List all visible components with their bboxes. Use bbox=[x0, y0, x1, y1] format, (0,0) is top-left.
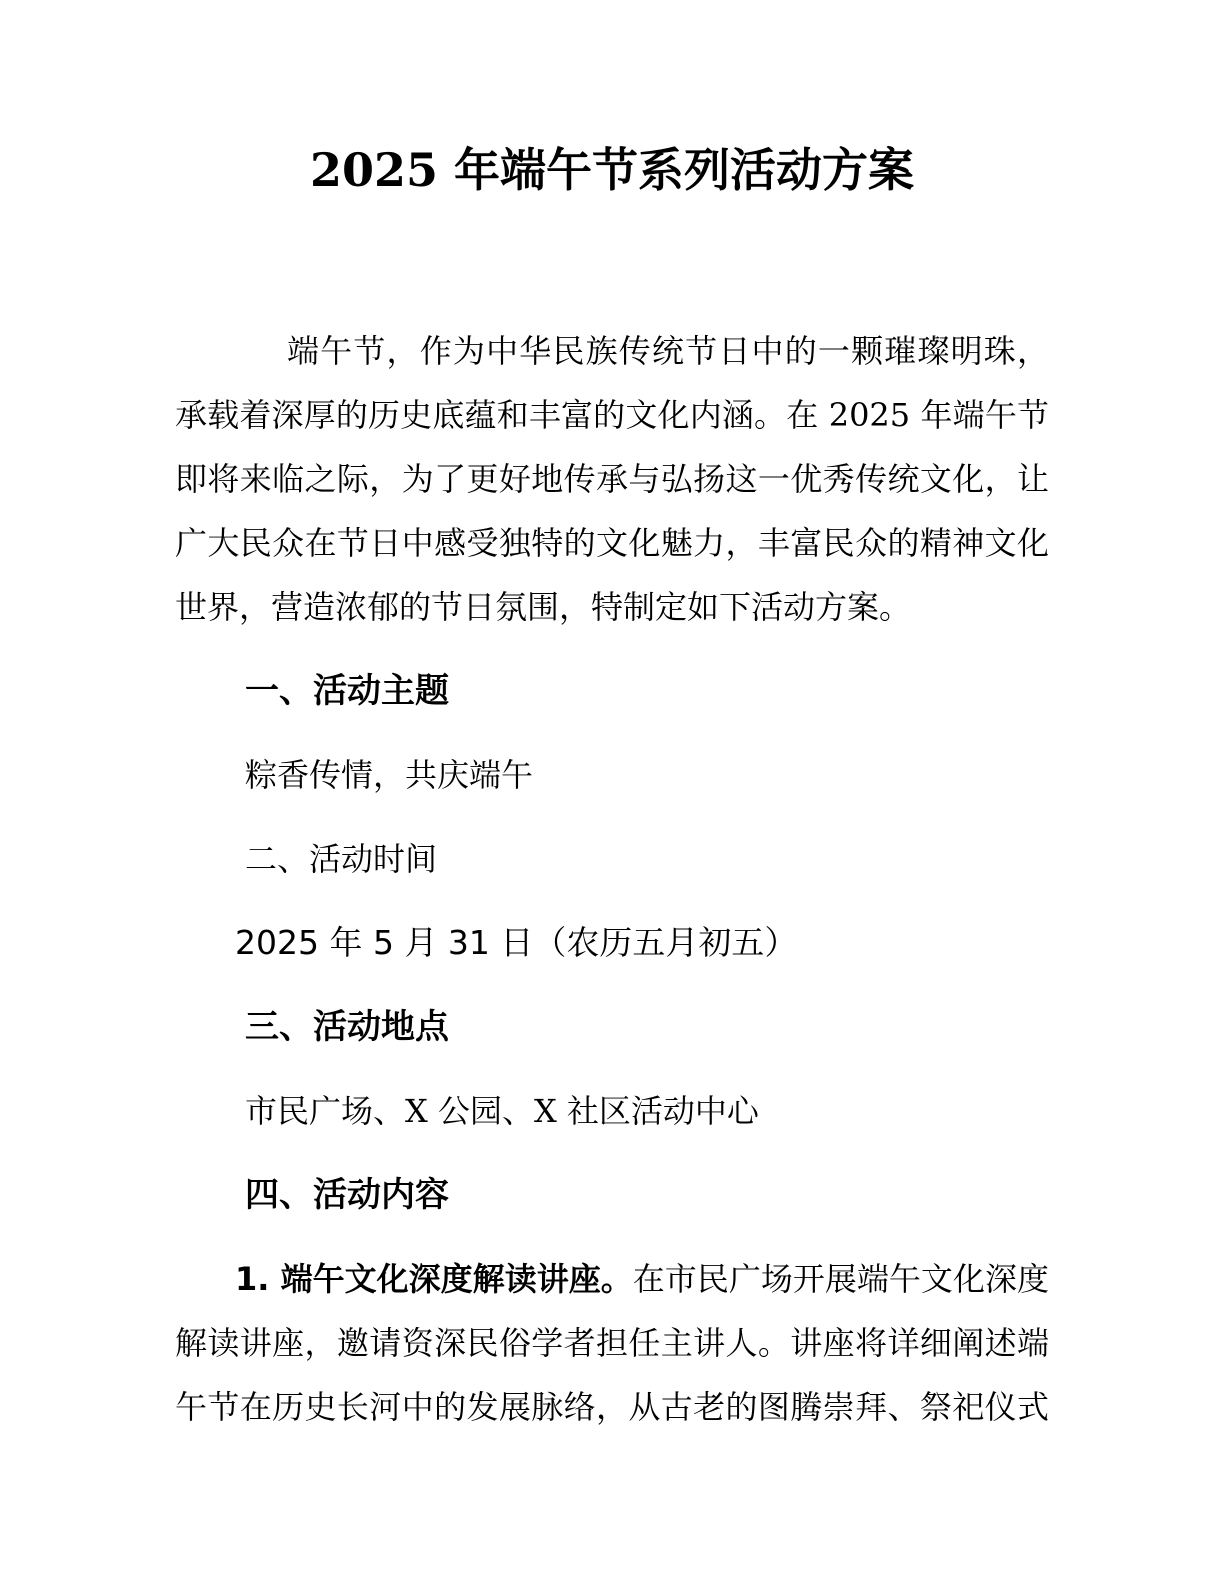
activity-item-line-1-rest: 在市民广场开展端午文化深度 bbox=[633, 1260, 1049, 1298]
activity-item-line-3: 午节在历史长河中的发展脉络，从古老的图腾崇拜、祭祀仪式 bbox=[175, 1375, 1049, 1439]
intro-line-1: 端午节，作为中华民族传统节日中的一颗璀璨明珠， bbox=[175, 319, 1049, 383]
activity-item-line-1: 1. 端午文化深度解读讲座。在市民广场开展端午文化深度 bbox=[175, 1247, 1049, 1311]
intro-line-3: 即将来临之际，为了更好地传承与弘扬这一优秀传统文化，让 bbox=[175, 447, 1049, 511]
section-heading-time: 二、活动时间 bbox=[175, 827, 1049, 891]
section-heading-location: 三、活动地点 bbox=[175, 995, 1049, 1059]
intro-line-5: 世界，营造浓郁的节日氛围，特制定如下活动方案。 bbox=[175, 575, 1049, 639]
intro-line-4: 广大民众在节日中感受独特的文化魅力，丰富民众的精神文化 bbox=[175, 511, 1049, 575]
document-page: 2025 年端午节系列活动方案 端午节，作为中华民族传统节日中的一颗璀璨明珠， … bbox=[0, 0, 1224, 1584]
doc-title: 2025 年端午节系列活动方案 bbox=[175, 0, 1049, 205]
activity-item-lead: 1. 端午文化深度解读讲座。 bbox=[235, 1260, 633, 1298]
section-heading-theme: 一、活动主题 bbox=[175, 659, 1049, 723]
intro-paragraph: 端午节，作为中华民族传统节日中的一颗璀璨明珠， 承载着深厚的历史底蕴和丰富的文化… bbox=[175, 319, 1049, 639]
activity-item-line-2: 解读讲座，邀请资深民俗学者担任主讲人。讲座将详细阐述端 bbox=[175, 1311, 1049, 1375]
section-heading-content: 四、活动内容 bbox=[175, 1163, 1049, 1227]
document-content: 2025 年端午节系列活动方案 端午节，作为中华民族传统节日中的一颗璀璨明珠， … bbox=[175, 0, 1049, 1439]
intro-line-2: 承载着深厚的历史底蕴和丰富的文化内涵。在 2025 年端午节 bbox=[175, 383, 1049, 447]
date-text: 2025 年 5 月 31 日（农历五月初五） bbox=[175, 911, 1049, 975]
location-text: 市民广场、X 公园、X 社区活动中心 bbox=[175, 1079, 1049, 1143]
theme-text: 粽香传情，共庆端午 bbox=[175, 743, 1049, 807]
activity-item-paragraph: 1. 端午文化深度解读讲座。在市民广场开展端午文化深度 解读讲座，邀请资深民俗学… bbox=[175, 1247, 1049, 1439]
